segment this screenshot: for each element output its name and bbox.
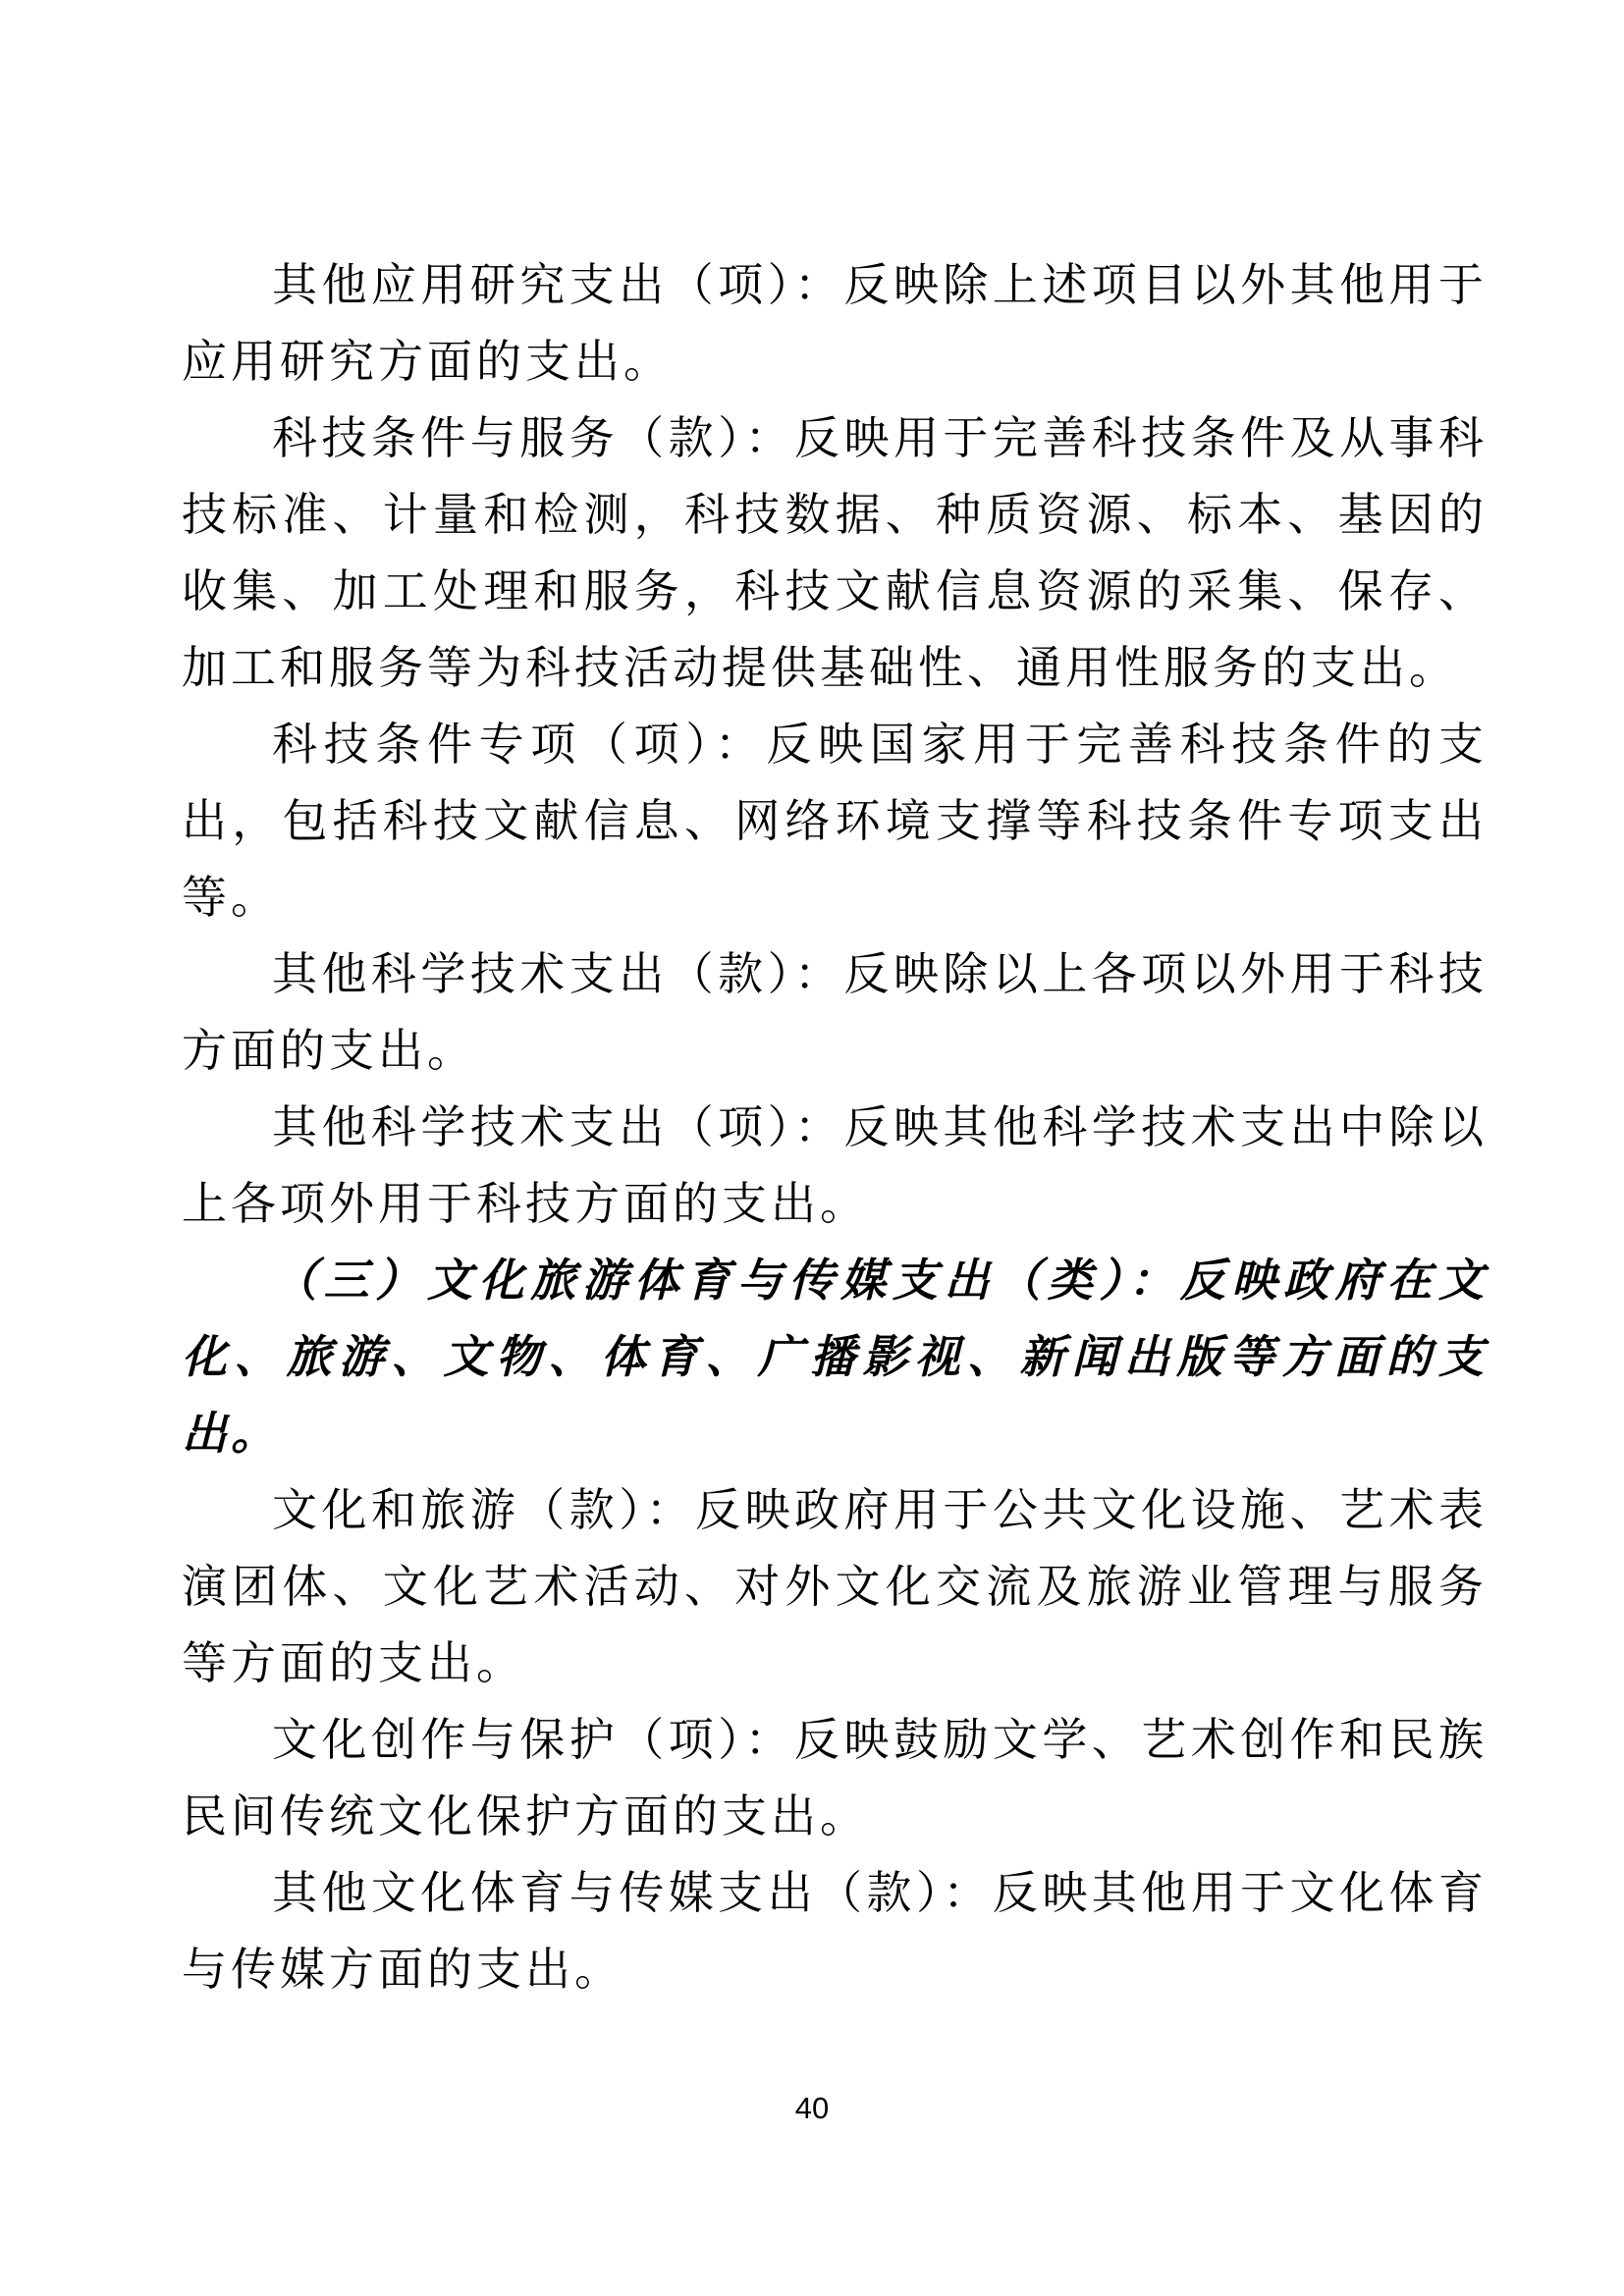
paragraph-culture-and-tourism: 文化和旅游（款）：反映政府用于公共文化设施、艺术表演团体、文化艺术活动、对外文化… [182,1472,1488,1702]
page-number: 40 [795,2091,829,2125]
document-page: 其他应用研究支出（项）：反映除上述项目以外其他用于应用研究方面的支出。 科技条件… [0,0,1624,2296]
paragraph-other-scitech-xiang: 其他科学技术支出（项）：反映其他科学技术支出中除以上各项外用于科技方面的支出。 [182,1090,1488,1243]
page-footer: 40 [0,2091,1624,2126]
paragraph-other-applied-research: 其他应用研究支出（项）：反映除上述项目以外其他用于应用研究方面的支出。 [182,247,1488,400]
paragraph-scitech-conditions-special: 科技条件专项（项）：反映国家用于完善科技条件的支出，包括科技文献信息、网络环境支… [182,707,1488,936]
paragraph-scitech-conditions-services: 科技条件与服务（款）：反映用于完善科技条件及从事科技标准、计量和检测，科技数据、… [182,400,1488,707]
paragraph-other-culture-sports-media: 其他文化体育与传媒支出（款）：反映其他用于文化体育与传媒方面的支出。 [182,1855,1488,2008]
paragraph-other-scitech-kuan: 其他科学技术支出（款）：反映除以上各项以外用于科技方面的支出。 [182,936,1488,1090]
paragraph-culture-creation-protection: 文化创作与保护（项）：反映鼓励文学、艺术创作和民族民间传统文化保护方面的支出。 [182,1702,1488,1855]
document-body: 其他应用研究支出（项）：反映除上述项目以外其他用于应用研究方面的支出。 科技条件… [182,247,1488,2008]
paragraph-section-heading-culture-tourism-sports-media: （三）文化旅游体育与传媒支出（类）：反映政府在文化、旅游、文物、体育、广播影视、… [182,1243,1488,1472]
